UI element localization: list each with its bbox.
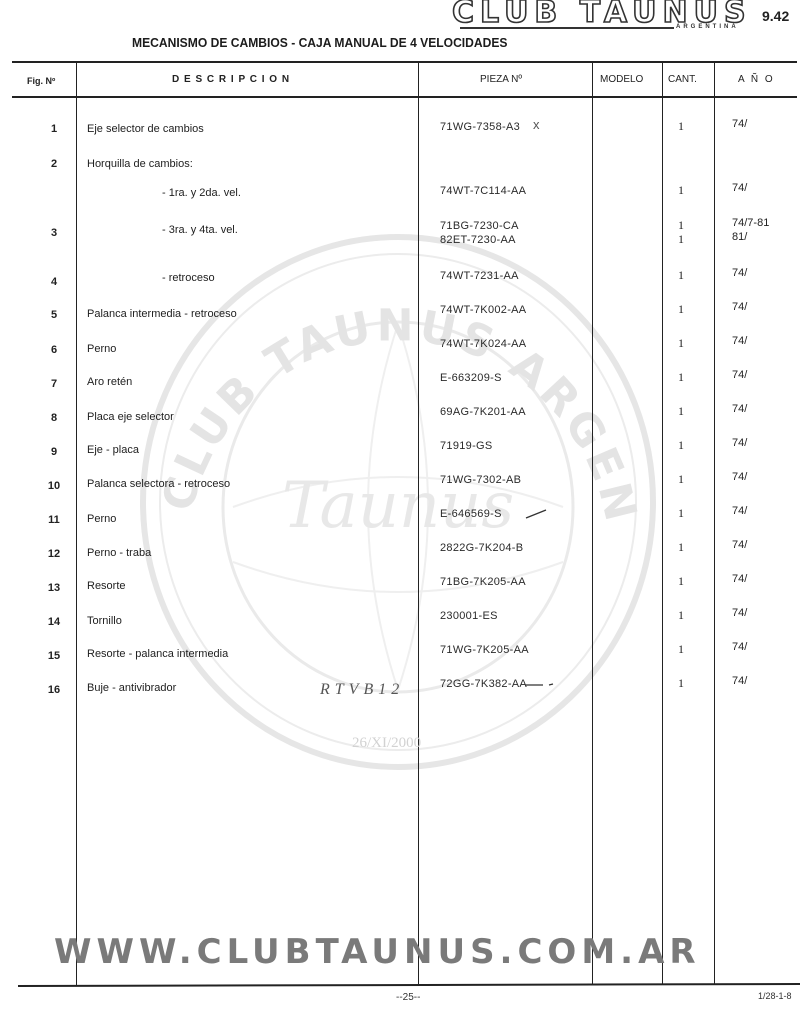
column-header-fig: Fig. Nº (27, 76, 55, 86)
year-range: 74/ (732, 182, 747, 194)
part-description: Resorte - palanca intermedia (87, 648, 228, 660)
quantity: 1 (678, 302, 684, 317)
quantity: 1 (678, 183, 684, 198)
column-divider-modelo (662, 61, 663, 985)
part-number: 74WT-7K024-AA (440, 338, 526, 350)
part-description: Aro retén (87, 376, 132, 388)
column-divider-pieza (592, 61, 593, 985)
quantity: 1 (678, 676, 684, 691)
handwritten-note: RTVB12 (320, 681, 404, 699)
quantity: 1 (678, 218, 684, 233)
table-top-rule (12, 61, 797, 63)
quantity: 1 (678, 438, 684, 453)
website-watermark: WWW.CLUBTAUNUS.COM.AR (54, 932, 701, 972)
fig-number: 1 (39, 123, 69, 135)
fig-number: 4 (39, 276, 69, 288)
table-header-rule (12, 96, 797, 98)
check-mark-row-11 (524, 508, 550, 520)
page-title: MECANISMO DE CAMBIOS - CAJA MANUAL DE 4 … (132, 35, 507, 50)
part-number: 72GG-7K382-AA (440, 678, 527, 690)
part-description: Resorte (87, 580, 126, 592)
year-range: 74/ (732, 267, 747, 279)
part-number: E-663209-S (440, 372, 502, 384)
part-number: 71WG-7358-A3 (440, 121, 520, 133)
year-range: 74/ (732, 539, 747, 551)
fig-number: 14 (39, 616, 69, 628)
column-divider-fig (76, 61, 77, 985)
part-description: Palanca selectora - retroceso (87, 478, 230, 490)
quantity: 1 (678, 506, 684, 521)
year-range: 74/ (732, 573, 747, 585)
section-page-code: 9.42 (762, 8, 789, 24)
fig-number: 6 (39, 344, 69, 356)
quantity: 1 (678, 642, 684, 657)
document-code: 1/28-1-8 (758, 991, 792, 1001)
quantity: 1 (678, 574, 684, 589)
seal-date: 26/XI/2000 (352, 735, 421, 752)
part-number: 69AG-7K201-AA (440, 406, 526, 418)
fig-number: 7 (39, 378, 69, 390)
year-range: 74/ (732, 607, 747, 619)
logo-subtext: ARGENTINA (676, 24, 739, 30)
page-number: --25-- (396, 992, 420, 1003)
part-number: 71BG-7230-CA (440, 220, 519, 232)
logo-underline (460, 27, 674, 29)
part-number: E-646569-S (440, 508, 502, 520)
part-description: Perno - traba (87, 547, 151, 559)
column-header-pieza: PIEZA Nº (480, 74, 522, 85)
fig-number: 16 (39, 684, 69, 696)
check-mark-row-1: x (533, 117, 540, 132)
quantity: 1 (678, 540, 684, 555)
fig-number: 3 (39, 227, 69, 239)
year-range: 74/ (732, 675, 747, 687)
part-description: Horquilla de cambios: (87, 158, 193, 170)
quantity: 1 (678, 608, 684, 623)
quantity: 1 (678, 336, 684, 351)
column-divider-cant (714, 61, 715, 985)
part-number: 71919-GS (440, 440, 493, 452)
quantity: 1 (678, 370, 684, 385)
part-description: Perno (87, 513, 116, 525)
table-bottom-rule (18, 983, 800, 987)
part-number: 82ET-7230-AA (440, 234, 516, 246)
part-description: Tornillo (87, 615, 122, 627)
fig-number: 8 (39, 412, 69, 424)
fig-number: 11 (39, 514, 69, 526)
year-range: 74/ (732, 335, 747, 347)
column-divider-descripcion (418, 61, 419, 985)
part-description: Perno (87, 343, 116, 355)
year-range: 81/ (732, 231, 747, 243)
fig-number: 9 (39, 446, 69, 458)
year-range: 74/ (732, 118, 747, 130)
year-range: 74/ (732, 641, 747, 653)
year-range: 74/7-81 (732, 217, 769, 229)
part-number: 2822G-7K204-B (440, 542, 523, 554)
column-header-modelo: MODELO (600, 74, 643, 85)
year-range: 74/ (732, 403, 747, 415)
part-description: Buje - antivibrador (87, 682, 176, 694)
year-range: 74/ (732, 437, 747, 449)
part-description: - 1ra. y 2da. vel. (162, 187, 241, 199)
part-description: Eje - placa (87, 444, 139, 456)
part-number: 71BG-7K205-AA (440, 576, 526, 588)
part-description: - 3ra. y 4ta. vel. (162, 224, 238, 236)
part-number: 230001-ES (440, 610, 498, 622)
part-number: 74WT-7C114-AA (440, 185, 526, 197)
part-number: 71WG-7K205-AA (440, 644, 529, 656)
part-number: 74WT-7K002-AA (440, 304, 526, 316)
quantity: 1 (678, 119, 684, 134)
part-number: 71WG-7302-AB (440, 474, 521, 486)
part-number: 74WT-7231-AA (440, 270, 519, 282)
quantity: 1 (678, 268, 684, 283)
fig-number: 12 (39, 548, 69, 560)
quantity: 1 (678, 472, 684, 487)
part-description: - retroceso (162, 272, 215, 284)
column-header-cant: CANT. (668, 74, 697, 85)
fig-number: 15 (39, 650, 69, 662)
part-description: Placa eje selector (87, 411, 174, 423)
year-range: 74/ (732, 369, 747, 381)
part-description: Eje selector de cambios (87, 123, 204, 135)
quantity: 1 (678, 232, 684, 247)
year-range: 74/ (732, 301, 747, 313)
year-range: 74/ (732, 471, 747, 483)
column-header-anio: A Ñ O (738, 74, 775, 85)
fig-number: 5 (39, 309, 69, 321)
part-description: Palanca intermedia - retroceso (87, 308, 237, 320)
fig-number: 13 (39, 582, 69, 594)
strike-mark-row-16 (525, 680, 555, 690)
fig-number: 2 (39, 158, 69, 170)
year-range: 74/ (732, 505, 747, 517)
fig-number: 10 (39, 480, 69, 492)
column-header-descripcion: D E S C R I P C I O N (172, 74, 290, 85)
quantity: 1 (678, 404, 684, 419)
